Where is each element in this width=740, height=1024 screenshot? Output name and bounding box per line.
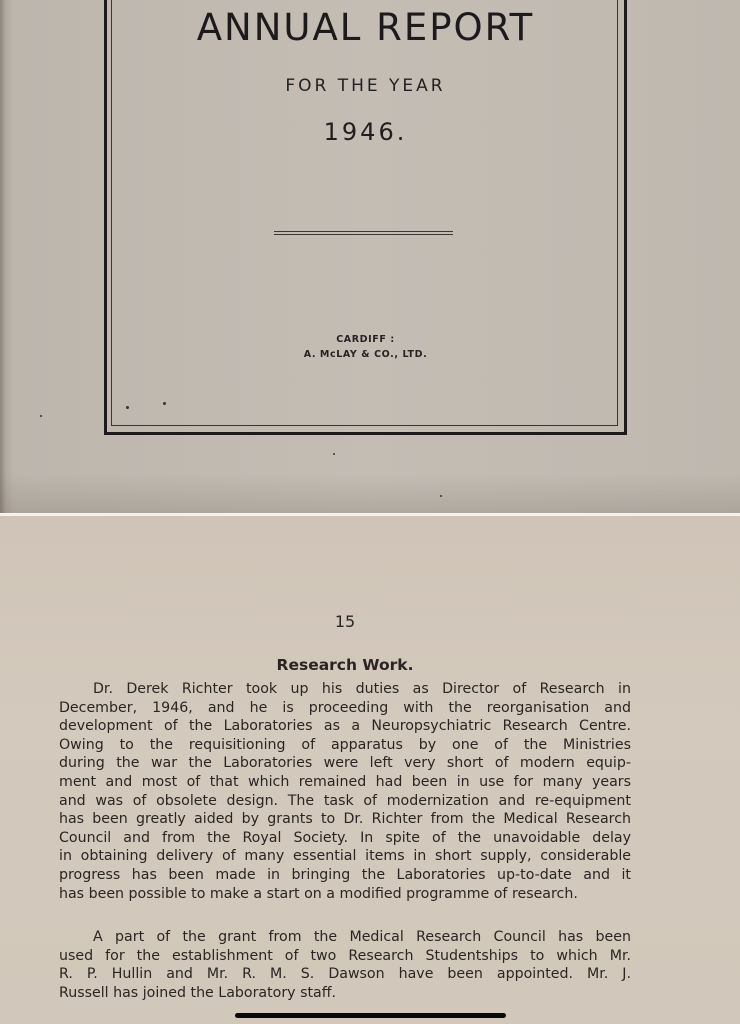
paper-speck [126, 406, 129, 409]
cover-frame-inner-border [111, 0, 618, 426]
body-paragraph-2: A part of the grant from the Medical Res… [59, 928, 631, 1002]
page-number: 15 [0, 612, 690, 631]
text-line: and was of obsolete design. The task of … [59, 792, 631, 811]
text-line: used for the establishment of two Resear… [59, 947, 631, 966]
home-indicator[interactable] [235, 1013, 506, 1018]
text-line: Russell has joined the Laboratory staff. [59, 984, 631, 1003]
cover-place: CARDIFF : [104, 334, 627, 345]
section-heading: Research Work. [0, 656, 690, 674]
cover-year: 1946. [104, 118, 627, 146]
text-line: in obtaining delivery of many essential … [59, 847, 631, 866]
paper-speck [40, 415, 42, 417]
text-line: progress has been made in bringing the L… [59, 866, 631, 885]
text-line: has been possible to make a start on a m… [59, 885, 631, 904]
paper-speck [163, 402, 166, 405]
text-line: has been greatly aided by grants to Dr. … [59, 810, 631, 829]
cover-publisher: A. McLAY & CO., LTD. [104, 349, 627, 360]
text-line: A part of the grant from the Medical Res… [59, 928, 631, 947]
text-line: December, 1946, and he is proceeding wit… [59, 699, 631, 718]
text-line: during the war the Laboratories were lef… [59, 754, 631, 773]
text-line: Dr. Derek Richter took up his duties as … [59, 680, 631, 699]
cover-subtitle: FOR THE YEAR [104, 76, 627, 96]
cover-photo: ANNUAL REPORT FOR THE YEAR 1946. CARDIFF… [0, 0, 740, 513]
text-line: Council and from the Royal Society. In s… [59, 829, 631, 848]
paper-speck [333, 453, 335, 455]
cover-double-rule [274, 231, 453, 235]
text-line: R. P. Hullin and Mr. R. M. S. Dawson hav… [59, 965, 631, 984]
cover-title: ANNUAL REPORT [104, 6, 627, 49]
text-line: development of the Laboratories as a Neu… [59, 717, 631, 736]
paper-speck [440, 495, 442, 497]
text-line: Owing to the requisitioning of apparatus… [59, 736, 631, 755]
body-paragraph-1: Dr. Derek Richter took up his duties as … [59, 680, 631, 903]
text-line: ment and most of that which remained had… [59, 773, 631, 792]
